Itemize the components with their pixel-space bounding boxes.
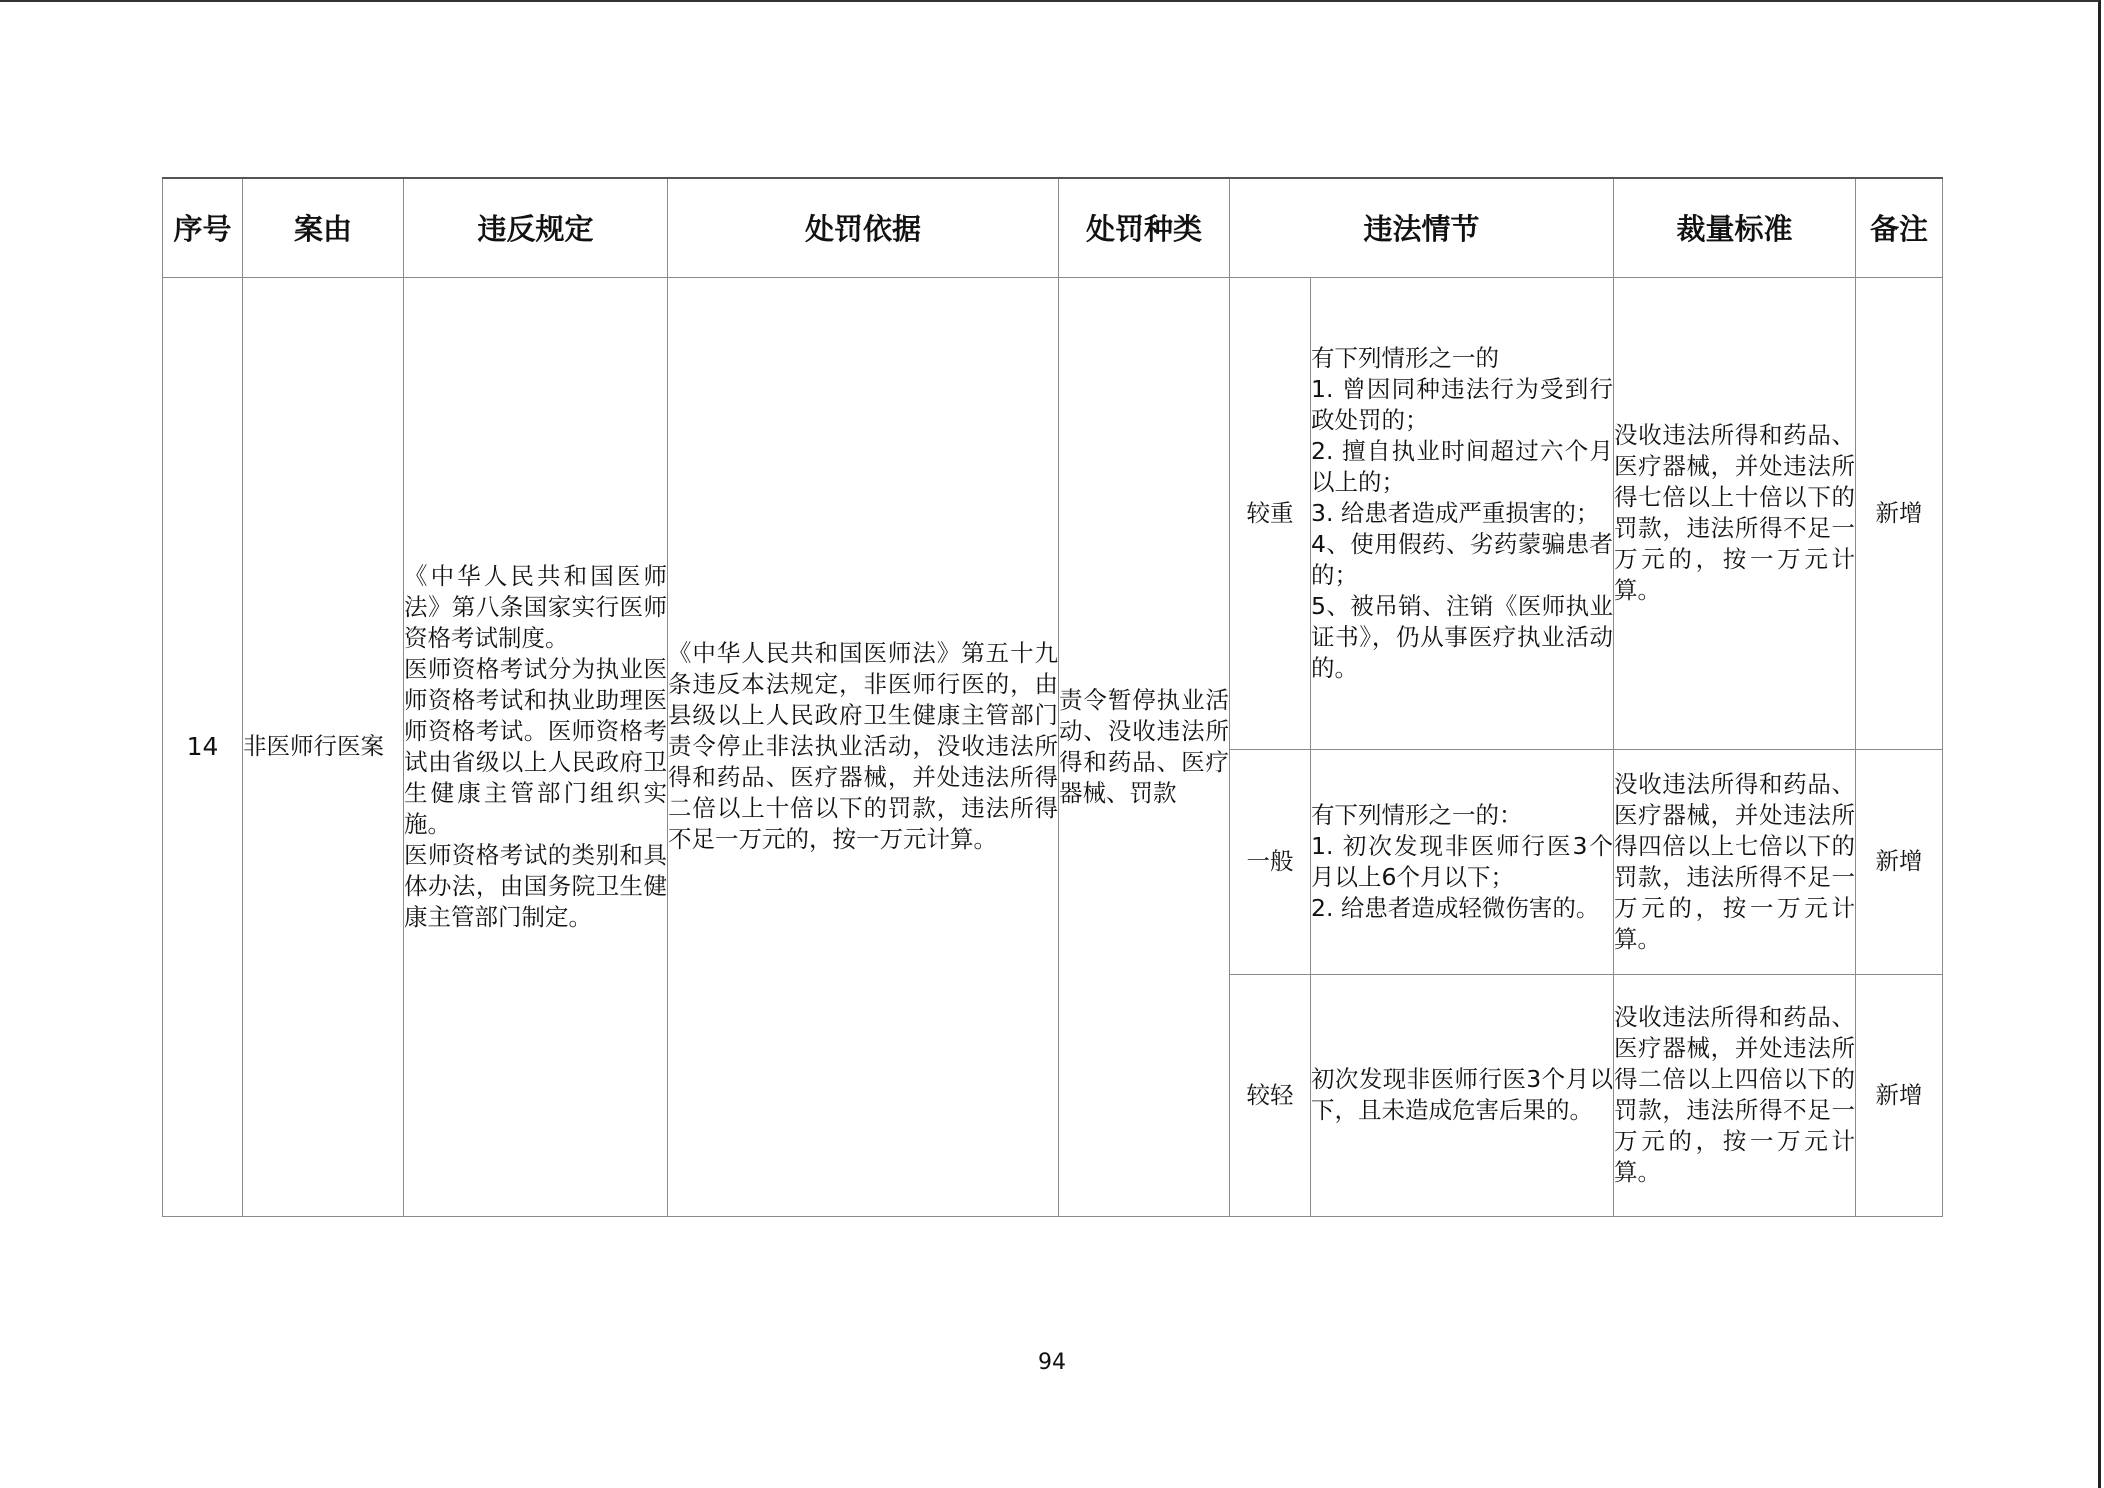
standard-cell-general: 没收违法所得和药品、医疗器械，并处违法所得四倍以上七倍以下的罚款，违法所得不足一…: [1614, 749, 1856, 974]
header-circumstances: 违法情节: [1230, 178, 1614, 277]
penalty-type-cell: 责令暂停执业活动、没收违法所得和药品、医疗器械、罚款: [1059, 277, 1230, 1216]
header-seq: 序号: [163, 178, 243, 277]
header-standard: 裁量标准: [1614, 178, 1856, 277]
table-row: 14 非医师行医案 《中华人民共和国医师法》第八条国家实行医师资格考试制度。 医…: [163, 277, 1943, 749]
level-cell-light: 较轻: [1230, 974, 1311, 1216]
header-row: 序号 案由 违反规定 处罚依据 处罚种类 违法情节 裁量标准 备注: [163, 178, 1943, 277]
remarks-cell-general: 新增: [1856, 749, 1943, 974]
standard-cell-severe: 没收违法所得和药品、医疗器械，并处违法所得七倍以上十倍以下的罚款，违法所得不足一…: [1614, 277, 1856, 749]
header-case: 案由: [243, 178, 404, 277]
legal-basis-cell: 《中华人民共和国医师法》第五十九条违反本法规定，非医师行医的，由县级以上人民政府…: [668, 277, 1059, 1216]
circumstances-cell-severe: 有下列情形之一的 1. 曾因同种违法行为受到行政处罚的； 2. 擅自执业时间超过…: [1311, 277, 1614, 749]
seq-cell: 14: [163, 277, 243, 1216]
level-cell-severe: 较重: [1230, 277, 1311, 749]
standard-cell-light: 没收违法所得和药品、医疗器械，并处违法所得二倍以上四倍以下的罚款，违法所得不足一…: [1614, 974, 1856, 1216]
violated-rule-cell: 《中华人民共和国医师法》第八条国家实行医师资格考试制度。 医师资格考试分为执业医…: [404, 277, 668, 1216]
level-cell-general: 一般: [1230, 749, 1311, 974]
remarks-cell-severe: 新增: [1856, 277, 1943, 749]
header-legal-basis: 处罚依据: [668, 178, 1059, 277]
header-remarks: 备注: [1856, 178, 1943, 277]
page-number: 94: [0, 1350, 2104, 1375]
remarks-cell-light: 新增: [1856, 974, 1943, 1216]
header-violated-rule: 违反规定: [404, 178, 668, 277]
header-penalty-type: 处罚种类: [1059, 178, 1230, 277]
penalty-discretion-table: 序号 案由 违反规定 处罚依据 处罚种类 违法情节 裁量标准 备注 14 非医师…: [162, 177, 1943, 1217]
circumstances-cell-general: 有下列情形之一的： 1. 初次发现非医师行医3个月以上6个月以下； 2. 给患者…: [1311, 749, 1614, 974]
circumstances-cell-light: 初次发现非医师行医3个月以下，且未造成危害后果的。: [1311, 974, 1614, 1216]
case-cell: 非医师行医案: [243, 277, 404, 1216]
